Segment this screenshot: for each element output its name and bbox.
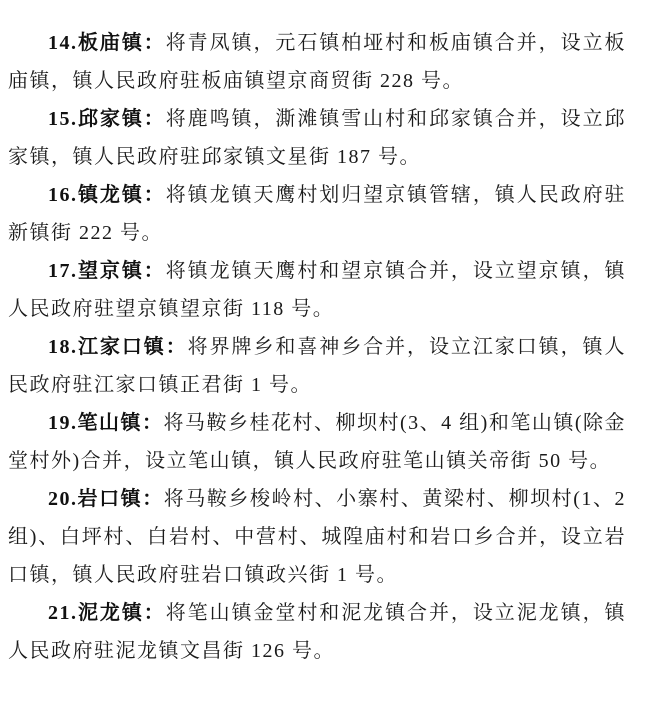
list-item-15: 15.邱家镇：将鹿鸣镇，澌滩镇雪山村和邱家镇合并，设立邱家镇，镇人民政府驻邱家镇… [8,100,626,176]
item-15-label: 15.邱家镇： [48,108,166,130]
item-14-label: 14.板庙镇： [48,32,166,54]
item-16-label: 16.镇龙镇： [48,184,166,206]
item-17-label: 17.望京镇： [48,260,166,282]
list-item-20: 20.岩口镇：将马鞍乡梭岭村、小寨村、黄梁村、柳坝村(1、2 组)、白坪村、白岩… [8,480,626,594]
list-item-21: 21.泥龙镇：将笔山镇金堂村和泥龙镇合并，设立泥龙镇，镇人民政府驻泥龙镇文昌街 … [8,594,626,670]
document-body: 14.板庙镇：将青凤镇，元石镇柏垭村和板庙镇合并，设立板庙镇，镇人民政府驻板庙镇… [8,24,626,670]
item-18-label: 18.江家口镇： [48,336,188,358]
list-item-16: 16.镇龙镇：将镇龙镇天鹰村划归望京镇管辖，镇人民政府驻新镇街 222 号。 [8,176,626,252]
item-20-label: 20.岩口镇： [48,488,164,510]
item-21-label: 21.泥龙镇： [48,602,166,624]
list-item-18: 18.江家口镇：将界牌乡和喜神乡合并，设立江家口镇，镇人民政府驻江家口镇正君街 … [8,328,626,404]
list-item-19: 19.笔山镇：将马鞍乡桂花村、柳坝村(3、4 组)和笔山镇(除金堂村外)合并，设… [8,404,626,480]
document-page: 14.板庙镇：将青凤镇，元石镇柏垭村和板庙镇合并，设立板庙镇，镇人民政府驻板庙镇… [0,0,652,718]
list-item-17: 17.望京镇：将镇龙镇天鹰村和望京镇合并，设立望京镇，镇人民政府驻望京镇望京街 … [8,252,626,328]
list-item-14: 14.板庙镇：将青凤镇，元石镇柏垭村和板庙镇合并，设立板庙镇，镇人民政府驻板庙镇… [8,24,626,100]
item-19-label: 19.笔山镇： [48,412,164,434]
